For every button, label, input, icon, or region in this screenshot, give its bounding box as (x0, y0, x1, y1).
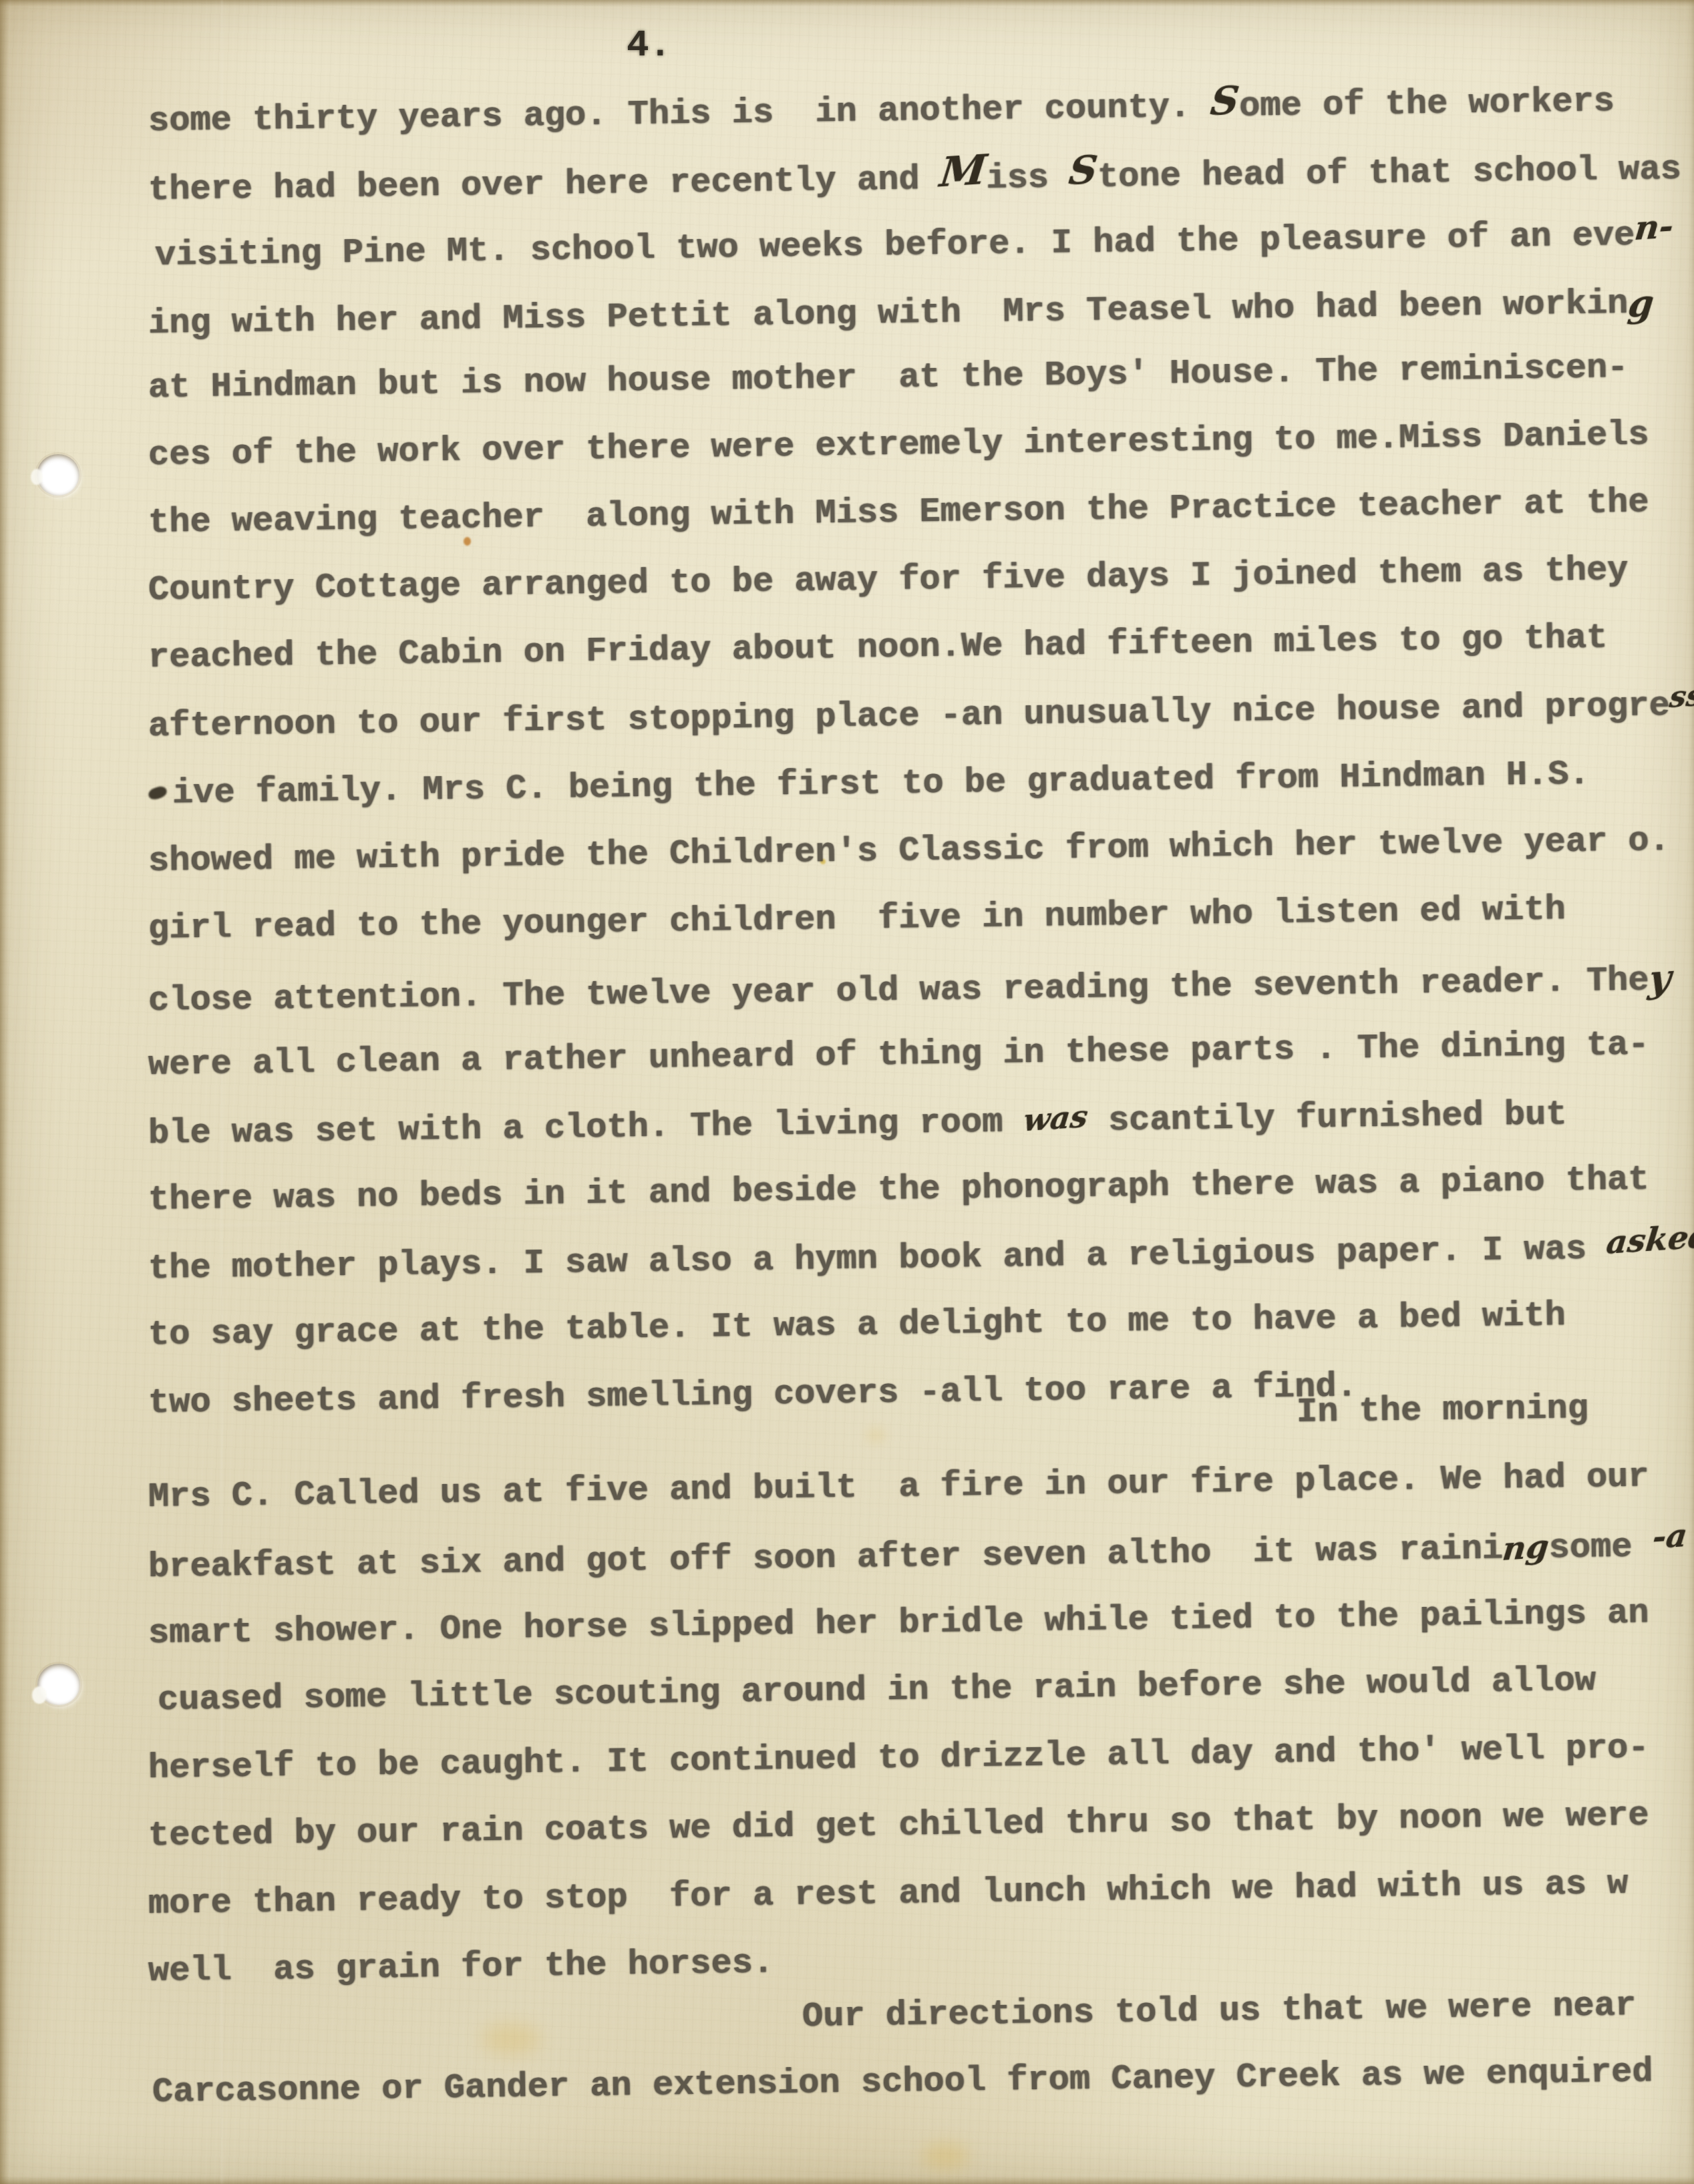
text-line: there was no beds in it and beside the p… (148, 1159, 1649, 1220)
typed-text: reached the Cabin on Friday about noon.W… (148, 618, 1608, 677)
typed-text: were all clean a rather unheard of thing… (148, 1025, 1649, 1085)
text-line: close attention. The twelve year old was… (148, 956, 1671, 1021)
typed-text: tone head of that school was (1097, 150, 1681, 197)
text-line: herself to be caught. It continued to dr… (148, 1728, 1649, 1789)
typed-text: iss (986, 158, 1070, 198)
text-line: ing with her and Miss Pettit along with … (148, 279, 1654, 344)
text-line: ble was set with a cloth. The living roo… (148, 1093, 1567, 1154)
typed-text: afternoon to our first stopping place -a… (148, 686, 1671, 746)
handwritten-correction: g (1626, 283, 1656, 325)
paper-top-edge-shadow (0, 0, 1694, 7)
typed-text: Country Cottage arranged to be away for … (148, 550, 1629, 610)
text-line: breakfast at six and got off soon after … (148, 1525, 1688, 1588)
typed-text: visiting Pine Mt. school two weeks befor… (155, 216, 1635, 275)
punch-hole-bottom (37, 1664, 80, 1705)
yellow-stain-bottom (481, 2024, 541, 2054)
text-line: were all clean a rather unheard of thing… (148, 1025, 1649, 1085)
typed-text: more than ready to stop for a rest and l… (148, 1864, 1629, 1924)
text-line: at Hindman but is now house mother at th… (148, 348, 1629, 408)
handwritten-correction: S (1067, 150, 1100, 192)
text-line: Carcasonne or Gander an extension school… (152, 2052, 1653, 2113)
scanned-letter-page: 4. some thirty years ago. This is in ano… (0, 0, 1694, 2184)
typed-text: breakfast at six and got off soon after … (148, 1529, 1504, 1587)
handwritten-correction: -a (1651, 1515, 1689, 1558)
typed-text: the weaving teacher along with Miss Emer… (148, 482, 1649, 542)
text-line: there had been over here recently and Mi… (148, 144, 1682, 210)
text-line: girl read to the younger children five i… (148, 890, 1566, 949)
text-line: reached the Cabin on Friday about noon.W… (148, 618, 1608, 678)
page-number: 4. (627, 24, 671, 67)
typed-text: well as grain for the horses. (148, 1943, 774, 1991)
paper-left-edge-shadow (0, 0, 9, 2184)
text-line: cuased some little scouting around in th… (158, 1661, 1596, 1720)
typed-text: some thirty years ago. This is in anothe… (148, 87, 1212, 141)
struck-out-character (147, 785, 168, 801)
text-line: showed me with pride the Children's Clas… (148, 821, 1671, 882)
text-line: tected by our rain coats we did get chil… (148, 1795, 1649, 1856)
typed-text: herself to be caught. It continued to dr… (148, 1728, 1649, 1788)
text-line: more than ready to stop for a rest and l… (148, 1864, 1629, 1924)
text-line: ive family. Mrs C. being the first to be… (148, 755, 1590, 814)
text-line: the weaving teacher along with Miss Emer… (148, 482, 1649, 543)
text-line: afternoon to our first stopping place -a… (148, 685, 1694, 747)
handwritten-correction: was (1021, 1096, 1090, 1140)
faint-stain-middle (866, 1428, 886, 1443)
text-line: ces of the work over there were extremel… (148, 415, 1649, 476)
typed-text: smart shower. One horse slipped her brid… (148, 1593, 1649, 1653)
handwritten-correction: ss (1667, 676, 1694, 718)
text-line: smart shower. One horse slipped her brid… (148, 1593, 1649, 1654)
text-line: two sheets and fresh smelling covers -al… (148, 1367, 1358, 1423)
handwritten-correction: S (1209, 80, 1242, 122)
typed-text: at Hindman but is now house mother at th… (148, 348, 1629, 407)
yellow-stain-bottom-right (922, 2143, 969, 2169)
handwritten-correction: y (1647, 958, 1673, 1000)
typed-text: two sheets and fresh smelling covers -al… (148, 1367, 1358, 1423)
typed-text: some (1548, 1527, 1653, 1568)
text-line: the mother plays. I saw also a hymn book… (148, 1226, 1694, 1289)
typed-text: close attention. The twelve year old was… (148, 960, 1649, 1021)
handwritten-correction: asked (1604, 1216, 1694, 1263)
typed-text: there had been over here recently and (148, 160, 941, 210)
typed-text: ing with her and Miss Pettit along with … (148, 284, 1629, 343)
text-line: In the morning (1297, 1389, 1589, 1433)
text-line: visiting Pine Mt. school two weeks befor… (155, 212, 1673, 276)
typed-text: to say grace at the table. It was a deli… (148, 1296, 1566, 1354)
text-line: to say grace at the table. It was a deli… (148, 1296, 1566, 1355)
typed-text: tected by our rain coats we did get chil… (148, 1795, 1649, 1855)
text-line: well as grain for the horses. (148, 1943, 774, 1992)
typed-text: Carcasonne or Gander an extension school… (152, 2052, 1653, 2112)
typed-text: ome of the workers (1239, 81, 1615, 126)
paper-bottom-edge-shadow (0, 2176, 1694, 2184)
typed-text: Mrs C. Called us at five and built a fir… (148, 1457, 1649, 1517)
typed-text: ive family. Mrs C. being the first to be… (172, 755, 1590, 813)
typed-text: In the morning (1297, 1389, 1589, 1432)
text-line: Country Cottage arranged to be away for … (148, 550, 1629, 610)
typed-text: scantily furnished but (1087, 1095, 1566, 1141)
text-line: Mrs C. Called us at five and built a fir… (148, 1457, 1649, 1517)
typed-text: ble was set with a cloth. The living roo… (148, 1102, 1024, 1153)
typed-text: ces of the work over there were extremel… (148, 415, 1649, 475)
typed-text: showed me with pride the Children's Clas… (148, 821, 1671, 881)
handwritten-correction: M (938, 150, 989, 193)
punch-hole-top (37, 454, 79, 496)
typed-text: the mother plays. I saw also a hymn book… (148, 1229, 1608, 1288)
text-line: Our directions told us that we were near (802, 1986, 1637, 2037)
typed-text: girl read to the younger children five i… (148, 890, 1566, 948)
typed-text: there was no beds in it and beside the p… (148, 1159, 1649, 1220)
handwritten-correction: ng (1501, 1527, 1552, 1570)
handwritten-correction: n- (1633, 206, 1675, 249)
typed-text: cuased some little scouting around in th… (158, 1661, 1596, 1720)
typed-text: Our directions told us that we were near (802, 1986, 1637, 2036)
text-line: some thirty years ago. This is in anothe… (148, 77, 1615, 142)
